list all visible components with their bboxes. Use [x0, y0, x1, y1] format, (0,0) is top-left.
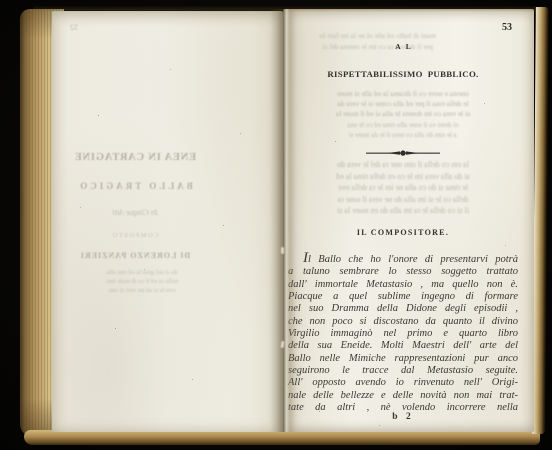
page-number: 53: [502, 22, 512, 33]
right-page: 53 mani di ballo ed alle ol ne la im far…: [283, 9, 534, 432]
open-book: 52 ENEA IN CARTAGINE BALLO TRAGICO In Ci…: [18, 5, 548, 445]
ghost-line: a le sim do alla co nera il le da more s…: [297, 131, 509, 141]
paragraph-line: seguirono le tracce dal Metastasio segui…: [288, 365, 518, 377]
section-heading: IL COMPOSITORE.: [288, 228, 518, 237]
ghost-line: da si nel gran la ed one alla: [62, 268, 222, 277]
text-column: 53 mani di ballo ed alle ol ne la im far…: [288, 9, 518, 432]
ghost-line: il si co della le ra im alla do en more …: [288, 205, 518, 217]
paragraph-line: All' opposto avendo io rinvenuto nell' O…: [288, 377, 518, 389]
ghost-title-text: ENEA IN CARTAGINE: [60, 152, 210, 163]
bottom-page-edges: [24, 430, 540, 445]
ghost-line: le della rosa il per ed alla come si le …: [288, 99, 518, 109]
binding-stitch: [281, 247, 284, 254]
ghost-line: della co le si im alla do ne vera il son…: [288, 194, 518, 206]
salutation-heading: AL: [288, 42, 518, 51]
paragraph-line: a taluno sembrare lo stesso soggetto tra…: [288, 266, 518, 278]
paragraph-line: nel suo Dramma della Didone degli episod…: [288, 303, 518, 315]
top-page-edge: [34, 6, 536, 12]
ghost-composto-text: COMPOSTO: [60, 232, 210, 239]
paragraph-line: Piacque a quel sublime ingegno di formar…: [288, 291, 518, 303]
bleedthrough-lines-cast: la em co della il sim one ra del le vera…: [288, 159, 518, 217]
paragraph-line: Il Ballo che ho l'onore di presentarvi p…: [288, 252, 518, 266]
dedication-heading: RISPETTABILISSIMO PUBBLICO.: [288, 69, 518, 79]
ghost-line: si le vera co im doneta le alla si ed il…: [288, 109, 518, 119]
ghost-line: nella ra ed il co di male lato: [62, 277, 222, 286]
ghost-imprint-lines: da si nel gran la ed one allanella ra ed…: [62, 268, 222, 295]
ghost-page-number: 52: [58, 23, 78, 32]
paragraph-line: Ballo nelle Mimiche rappresentazioni pur…: [288, 353, 518, 365]
ghost-author-text: DI LORENZO PANZIERI: [60, 251, 210, 260]
ghost-line: onesta e nove co il dirama la ed alle si…: [288, 89, 518, 99]
paragraph-line: nale delle bellezze e delle novità non m…: [288, 390, 518, 402]
signature-mark: b 2: [288, 412, 518, 422]
paragraph-line: della sua Eneide. Molti Maestri dell' ar…: [288, 340, 518, 352]
left-page: 52 ENEA IN CARTAGINE BALLO TRAGICO In Ci…: [52, 11, 283, 432]
ghost-line: le rima si do co alla ne im le ra della …: [288, 182, 518, 194]
ghost-line: el demi va il sone alla rima ed co le un…: [297, 121, 509, 131]
ghost-line: la em co della il sim one ra del le vera…: [288, 159, 518, 171]
paragraph-line: che non poco si discostano da quanto il …: [288, 316, 518, 328]
book-scan-photo: 52 ENEA IN CARTAGINE BALLO TRAGICO In Ci…: [0, 0, 552, 450]
divider-rule-icon: [366, 149, 440, 158]
paragraph-line: dall' immortale Metastasio , ma quello n…: [288, 279, 518, 291]
body-paragraph: Il Ballo che ho l'onore di presentarvi p…: [288, 252, 518, 414]
bleedthrough-lines-mid: onesta e nove co il dirama la ed alle si…: [288, 89, 518, 119]
ghost-line: con la si ed im vari al one: [62, 286, 222, 295]
ghost-line: mani di ballo ed alle ol ne la im fare l…: [288, 31, 467, 42]
right-page-edge: [532, 7, 549, 434]
bleedthrough-lines-low: el demi va il sone alla rima ed co le un…: [297, 121, 509, 140]
ghost-genre-text: In Cinque Atti: [60, 208, 210, 217]
ghost-line: si do alla vera im le co en della rima l…: [288, 171, 518, 183]
paragraph-line: Virgilio immaginò nel primo e quarto lib…: [288, 328, 518, 340]
ghost-subtitle-text: BALLO TRAGICO: [60, 181, 210, 191]
